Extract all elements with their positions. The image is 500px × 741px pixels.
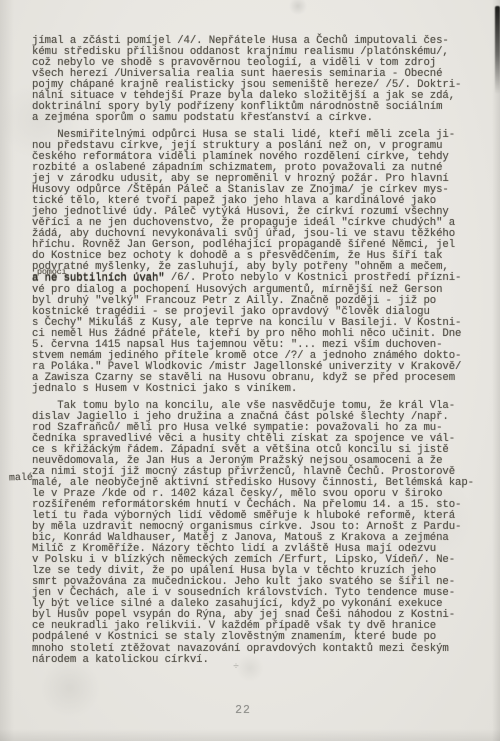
text-line: národem a katolickou církví. [32,655,488,666]
text-line: a zejména sporům o samu podstatu křesťan… [32,113,488,124]
margin-correction-note: malé [9,473,33,485]
page-number: 22 [0,704,486,717]
text-block: jímal a zčásti pomíjel /4/. Nepřátele Hu… [32,36,488,671]
text-line: mnoho století ztěžovat navazování opravd… [32,644,488,655]
scan-edge-shadow-left [0,0,14,741]
text-line: Tak tomu bylo na koncilu, ale vše nasvěd… [32,401,488,412]
scan-edge-shadow-right [492,0,500,741]
overstruck-text: a ne subtilních úvah" [32,274,165,285]
text-line: jednalo s Husem v Kostnici jako s viníke… [32,384,488,395]
text-line: podpálené v Kostnici se staly zlověstným… [32,632,488,643]
text-line: rod Szafraňců/ měli pro Husa velké sympa… [32,423,488,434]
text-line: kostnické tragédii - se projevil jako op… [32,307,488,318]
scan-artifact-dark-sliver [495,6,500,94]
scanned-document-page: jímal a zčásti pomíjel /4/. Nepřátele Hu… [0,0,500,741]
scan-stray-mark: ÷ [233,662,239,673]
paragraph: Nesmiřitelnými odpůrci Husa se stali lid… [32,130,488,395]
paragraph: Tak tomu bylo na koncilu, ale vše nasvěd… [32,401,488,666]
text-line: byl druhý "velký" Francouz Petr z Ailly.… [32,296,488,307]
scan-edge-shadow-bottom [0,729,500,741]
text-line: dislav Jagiello i jeho družina a značná … [32,412,488,423]
text-line: vé pro dialog a pochopení Husových argum… [32,285,488,296]
paragraph: jímal a zčásti pomíjel /4/. Nepřátele Hu… [32,36,488,124]
